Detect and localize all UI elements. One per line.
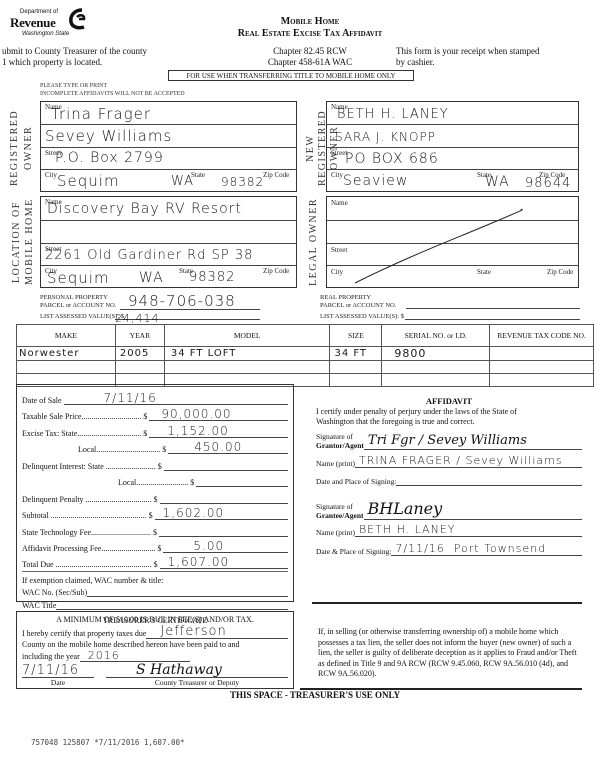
treasurer-sign-row: 7/11/16 Date S Hathaway County Treasurer… [22,663,288,687]
registered-owner-box: Name Trina Frager Sevey Williams Street … [40,101,297,192]
strikethrough-line [327,197,580,289]
city-label: City [331,171,343,179]
grantor-sig-label-line2: Grantor/Agent [316,441,364,450]
grantor-name-label: Name (print) [316,459,355,468]
affidavit-statement: I certify under penalty of perjury under… [316,407,582,427]
affidavit-section: AFFIDAVIT I certify under penalty of per… [316,396,582,556]
grantee-name-label: Name (print) [316,528,355,537]
delinquent-local-row: Local.......................... $ [22,471,288,488]
personal-parcel-label: PERSONAL PROPERTY PARCEL or ACCOUNT NO. [40,294,116,310]
treasurer-county[interactable]: Jefferson [146,626,288,639]
zip-label: Zip Code [263,171,289,179]
grantor-name[interactable]: TRINA FRAGER / Sevey Williams [355,454,582,468]
wac-title-label: WAC Title [22,601,56,610]
delinquent-penalty-row: Delinquent Penalty .....................… [22,487,288,504]
grantor-date-row: Date and Place of Signing: [316,476,582,486]
receipt-note: This form is your receipt when stamped b… [396,46,539,68]
excise-local-label: Local................................ $ [78,445,166,454]
grantee-signature[interactable]: BHLaney [364,498,583,520]
receipt-note-line2: by cashier. [396,57,539,68]
usage-banner: FOR USE WHEN TRANSFERRING TITLE TO MOBIL… [168,70,414,81]
chapter-refs: Chapter 82.45 RCW Chapter 458-61A WAC [240,46,380,68]
subtotal-row: Subtotal ...............................… [22,504,288,521]
cell-serial[interactable] [382,374,490,387]
grantor-date[interactable] [396,476,582,486]
affidavit-statement-line1: I certify under penalty of perjury under… [316,407,582,417]
form-title: Mobile Home Real Estate Excise Tax Affid… [0,16,600,39]
submit-note-line1: ubmit to County Treasurer of the county [2,46,147,57]
table-row [17,361,594,374]
grantor-date-label: Date and Place of Signing: [316,477,396,486]
new-owner-zip[interactable]: 98644 [525,176,571,191]
real-assessed-field[interactable] [405,309,580,320]
delinquent-local-label: Local.......................... $ [118,478,194,487]
treasurer-date-label: Date [22,678,94,687]
date-of-sale-row: Date of Sale 7/11/16 [22,388,288,405]
cell-serial[interactable]: 9800 [382,347,490,361]
registered-owner-city[interactable]: Sequim [57,172,120,190]
instructions-line2: INCOMPLETE AFFIDAVITS WILL NOT BE ACCEPT… [40,90,185,98]
treasurer-line1-text: I hereby certify that property taxes due [22,628,146,639]
warning-top-rule [312,602,582,604]
total-due-label: Total Due ..............................… [22,560,158,569]
registered-owner-street[interactable]: P.O. Box 2799 [55,150,164,166]
receipt-note-line1: This form is your receipt when stamped [396,46,539,57]
new-owner-name2[interactable]: SARA J. KNOPP [335,130,436,144]
mobile-home-table: MAKE YEAR MODEL SIZE SERIAL NO. or I.D. … [16,324,594,387]
instructions: PLEASE TYPE OR PRINT INCOMPLETE AFFIDAVI… [40,82,185,98]
treasurer-certificate: TREASURER'S CERTIFICATE I hereby certify… [16,611,294,689]
excise-local-row: Local................................ $ … [22,438,288,455]
chapter-rcw: Chapter 82.45 RCW [240,46,380,57]
real-parcel-label-line1: REAL PROPERTY [320,294,396,302]
date-of-sale-value[interactable]: 7/11/16 [64,392,288,405]
cell-make[interactable]: Norwester [17,347,116,361]
treasurer-line3-text: including the year [22,651,80,662]
affidavit-fee-label: Affidavit Processing Fee................… [22,544,161,553]
registered-owner-label: REGISTERED OWNER [8,102,38,194]
delinquent-local-value[interactable] [196,474,288,487]
table-header-row: MAKE YEAR MODEL SIZE SERIAL NO. or I.D. … [17,325,594,347]
excise-state-row: Excise Tax: State.......................… [22,421,288,438]
excise-local-value[interactable]: 450.00 [168,441,288,454]
header-revenue-code: REVENUE TAX CODE NO. [490,325,594,347]
legal-owner-label: LEGAL OWNER [308,196,328,288]
submit-note: ubmit to County Treasurer of the county … [2,46,147,68]
tech-fee-row: State Technology Fee....................… [22,520,288,537]
registered-owner-name1[interactable]: Trina Frager [51,105,151,123]
new-owner-name1[interactable]: BETH H. LANEY [337,107,449,122]
cell-revenue-code[interactable] [490,347,594,361]
submit-note-line2: 1 which property is located. [2,57,147,68]
grantee-sig-label-line2: Grantee/Agent [316,511,364,520]
real-assessed-label: LIST ASSESSED VALUE(S): $ [320,313,404,320]
grantor-sig-label: Signature of Grantor/Agent [316,432,364,450]
grantee-date[interactable]: 7/11/16 Port Townsend [391,542,582,556]
location-zip[interactable]: 98382 [189,270,235,285]
wac-no-label: WAC No. (Sec/Sub) [22,588,87,597]
treasurer-sig-block: S Hathaway County Treasurer or Deputy [106,663,288,687]
grantor-signature-row: Signature of Grantor/Agent Tri Fgr / Sev… [316,432,582,450]
location-box: Name Discovery Bay RV Resort Street 2261… [40,196,297,288]
parcel-label-line1: PERSONAL PROPERTY [40,294,116,302]
location-city[interactable]: Sequim [47,269,110,287]
tax-lien-warning: If, in selling (or otherwise transferrin… [318,627,580,680]
real-parcel-label-line2: PARCEL or ACCOUNT NO. [320,302,396,310]
grantee-sig-label: Signature of Grantee/Agent [316,502,364,520]
cell-size[interactable] [330,374,382,387]
personal-parcel-value: 948-706-038 [128,292,236,310]
city-label: City [45,171,57,179]
wac-no-row: WAC No. (Sec/Sub) [22,588,288,597]
location-street[interactable]: 2261 Old Gardiner Rd SP 38 [45,248,253,263]
wac-no-field[interactable] [87,588,288,597]
title-line2: Real Estate Excise Tax Affidavit [20,28,600,39]
assessed-field[interactable]: 24,414 [115,309,260,320]
cell-size[interactable]: 34 FT [330,347,382,361]
delinquent-state-value[interactable] [164,458,288,471]
excise-state-value[interactable]: 1,152.00 [149,425,288,438]
registered-owner-name2[interactable]: Sevey Williams [45,127,172,145]
delinquent-penalty-value[interactable] [160,491,288,504]
new-registered-owner-box: Name BETH H. LANEY SARA J. KNOPP Street … [326,101,579,192]
real-parcel-label: REAL PROPERTY PARCEL or ACCOUNT NO. [320,294,396,310]
grantee-name[interactable]: BETH H. LANEY [355,523,582,537]
treasurer-date-block: 7/11/16 Date [22,663,94,687]
excise-state-label: Excise Tax: State.......................… [22,429,147,438]
new-owner-street[interactable]: PO BOX 686 [345,151,439,167]
taxable-price-label: Taxable Sale Price......................… [22,412,147,421]
treasurer-use-only: THIS SPACE - TREASURER'S USE ONLY [230,690,400,700]
personal-parcel-field[interactable]: 948-706-038 [120,292,260,310]
wac-title-field[interactable] [56,601,288,610]
delinquent-penalty-label: Delinquent Penalty .....................… [22,495,158,504]
title-line1: Mobile Home [20,16,600,27]
location-name[interactable]: Discovery Bay RV Resort [47,201,242,217]
affidavit-title: AFFIDAVIT [316,396,582,406]
grantee-date-row: Date & Place of Signing: 7/11/16 Port To… [316,542,582,556]
total-due-row: Total Due ..............................… [22,553,288,572]
zip-label: Zip Code [263,267,289,275]
delinquent-state-row: Delinquent Interest: State .............… [22,454,288,471]
taxable-price-row: Taxable Sale Price......................… [22,405,288,422]
instructions-line1: PLEASE TYPE OR PRINT [40,82,185,90]
cell-model[interactable] [164,361,330,374]
taxable-price-value[interactable]: 90,000.00 [149,408,288,421]
affidavit-fee-row: Affidavit Processing Fee................… [22,537,288,554]
registered-owner-state[interactable]: WA [171,174,194,189]
cell-year[interactable] [115,361,164,374]
header-model: MODEL [164,325,330,347]
cell-serial[interactable] [382,361,490,374]
treasurer-line1: I hereby certify that property taxes due… [22,626,288,639]
subtotal-value[interactable]: 1,602.00 [155,507,288,520]
header-size: SIZE [330,325,382,347]
treasurer-line3: including the year 2016 [22,650,288,662]
table-row: Norwester 2005 34 FT LOFT 34 FT 9800 [17,347,594,361]
grantee-date-label: Date & Place of Signing: [316,547,391,556]
chapter-wac: Chapter 458-61A WAC [240,57,380,68]
subtotal-label: Subtotal ...............................… [22,511,153,520]
assessed-label: LIST ASSESSED VALUE(S): $ [40,313,124,320]
wac-title-row: WAC Title [22,601,288,610]
cell-size[interactable] [330,361,382,374]
new-owner-state[interactable]: WA [485,174,510,190]
parcel-label-line2: PARCEL or ACCOUNT NO. [40,302,116,310]
cell-model[interactable]: 34 FT LOFT [164,347,330,361]
tech-fee-value[interactable] [159,524,288,537]
treasurer-year[interactable]: 2016 [80,650,190,662]
tech-fee-label: State Technology Fee....................… [22,528,157,537]
grantor-signature[interactable]: Tri Fgr / Sevey Williams [364,432,582,450]
cell-make[interactable] [17,361,116,374]
affidavit-fee-value[interactable]: 5.00 [163,540,288,553]
grantee-name-row: Name (print) BETH H. LANEY [316,523,582,537]
treasurer-line2: County on the mobile home described here… [22,639,288,650]
grantee-sig-label-line1: Signature of [316,502,364,511]
exemption-label: If exemption claimed, WAC number & title… [22,576,288,585]
new-owner-city[interactable]: Seaview [343,173,408,189]
fees-box: Date of Sale 7/11/16 Taxable Sale Price.… [16,384,294,602]
affidavit-statement-line2: Washington that the foregoing is true an… [316,417,582,427]
treasurer-sig-label: County Treasurer or Deputy [106,678,288,687]
header-make: MAKE [17,325,116,347]
header-year: YEAR [115,325,164,347]
cell-year[interactable]: 2005 [115,347,164,361]
registered-owner-zip[interactable]: 98382 [221,175,264,189]
grantor-sig-label-line1: Signature of [316,432,364,441]
legal-owner-box: Name Street City State Zip Code [326,196,579,288]
location-state[interactable]: WA [139,270,164,286]
receipt-stamp: 757048 125807 *7/11/2016 1,607.00* [31,738,185,747]
header-serial: SERIAL NO. or I.D. [382,325,490,347]
cell-revenue-code[interactable] [490,361,594,374]
treasurer-title: TREASURER'S CERTIFICATE [22,615,288,626]
delinquent-state-label: Delinquent Interest: State .............… [22,462,162,471]
cell-revenue-code[interactable] [490,374,594,387]
treasurer-date[interactable]: 7/11/16 [22,663,94,678]
total-due-value[interactable]: 1,607.00 [160,556,288,569]
location-label: LOCATION OF MOBILE HOME [10,196,38,288]
treasurer-signature[interactable]: S Hathaway [106,663,288,678]
grantee-signature-row: Signature of Grantee/Agent BHLaney [316,498,582,520]
grantor-name-row: Name (print) TRINA FRAGER / Sevey Willia… [316,454,582,468]
date-of-sale-label: Date of Sale [22,396,62,405]
real-parcel-field[interactable] [406,292,580,309]
